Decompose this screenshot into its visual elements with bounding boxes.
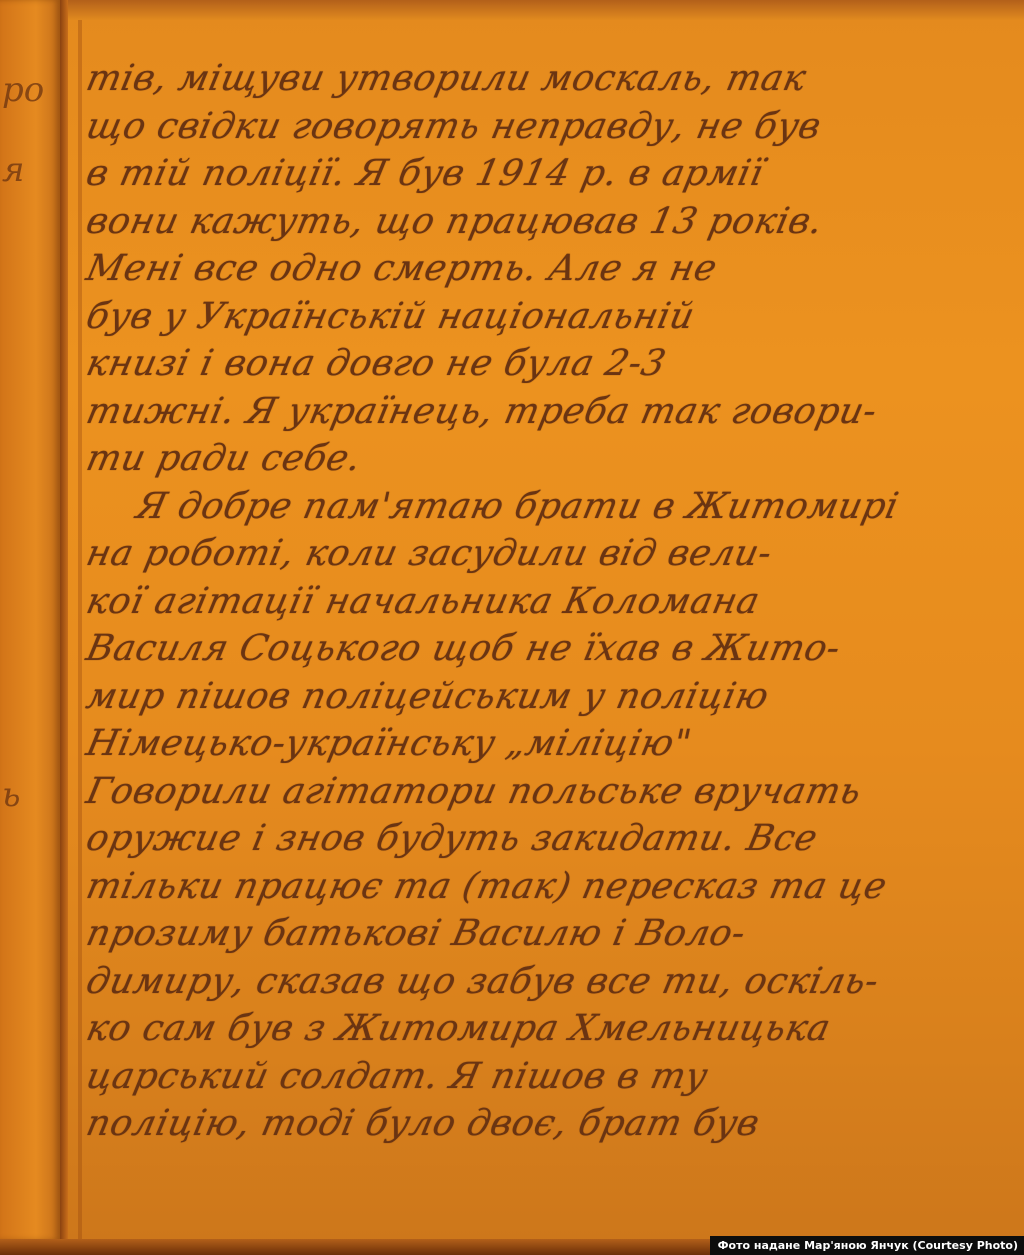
text-line: Я добре пам'ятаю брати в Житомирі <box>82 483 1022 531</box>
text-line: тільки працює та (так) пересказ та це <box>82 863 1022 911</box>
text-line: поліцію, тоді було двоє, брат був <box>82 1100 1022 1148</box>
text-line: в тій поліції. Я був 1914 р. в армії <box>82 150 1022 198</box>
text-line: димиру, сказав що забув все ти, оскіль- <box>82 958 1022 1006</box>
text-line: вони кажуть, що працював 13 років. <box>82 198 1022 246</box>
text-line: Василя Соцького щоб не їхав в Жито- <box>82 625 1022 673</box>
text-line: тів, міщуви утворили москаль, так <box>82 55 1022 103</box>
text-line: мир пішов поліцейським у поліцію <box>82 673 1022 721</box>
text-line: Мені все одно смерть. Але я не <box>82 245 1022 293</box>
text-line: тижні. Я українець, треба так говори- <box>82 388 1022 436</box>
text-line: прозиму батькові Василю і Воло- <box>82 910 1022 958</box>
book-gutter <box>60 0 68 1240</box>
margin-fragment: я <box>2 150 25 190</box>
text-line: книзі і вона довго не була 2-3 <box>82 340 1022 388</box>
page-top-edge <box>68 0 1024 20</box>
margin-fragment: ь <box>2 775 21 815</box>
text-line: царський солдат. Я пішов в ту <box>82 1053 1022 1101</box>
margin-fragment: ро <box>2 70 44 110</box>
previous-page-edge: ро я ь <box>0 0 60 1240</box>
text-line: що свідки говорять неправду, не був <box>82 103 1022 151</box>
text-line: на роботі, коли засудили від вели- <box>82 530 1022 578</box>
text-line: ти ради себе. <box>82 435 1022 483</box>
text-line: кої агітації начальника Коломана <box>82 578 1022 626</box>
text-line: Німецько-українську „міліцію" <box>82 720 1022 768</box>
text-line: оружие і знов будуть закидати. Все <box>82 815 1022 863</box>
text-line: був у Українській національній <box>82 293 1022 341</box>
photo-credit-caption: Фото надане Мар'яною Янчук (Courtesy Pho… <box>710 1236 1024 1255</box>
text-line: ко сам був з Житомира Хмельницька <box>82 1005 1022 1053</box>
manuscript-photo: ро я ь тів, міщуви утворили москаль, так… <box>0 0 1024 1255</box>
handwritten-text: тів, міщуви утворили москаль, так що сві… <box>82 55 1012 1148</box>
text-line: Говорили агітатори польське вручать <box>82 768 1022 816</box>
